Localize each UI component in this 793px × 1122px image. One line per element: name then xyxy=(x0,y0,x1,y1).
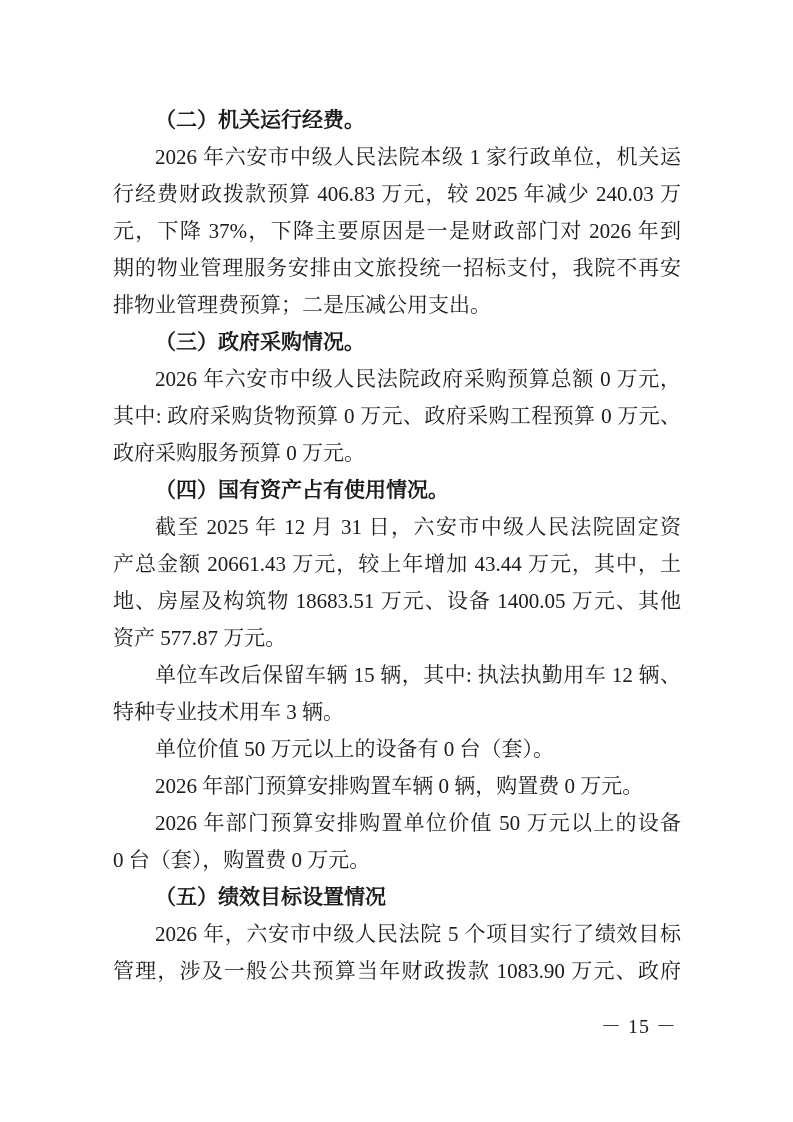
document-body: （二）机关运行经费。2026 年六安市中级人民法院本级 1 家行政单位，机关运行… xyxy=(113,102,681,990)
paragraph: 2026 年六安市中级人民法院政府采购预算总额 0 万元，其中: 政府采购货物预… xyxy=(113,361,681,472)
text-line: 特种专业技术用车 3 辆。 xyxy=(113,694,681,731)
paragraph: 2026 年，六安市中级人民法院 5 个项目实行了绩效目标管理，涉及一般公共预算… xyxy=(113,916,681,990)
paragraph: 2026 年部门预算安排购置车辆 0 辆，购置费 0 万元。 xyxy=(113,768,681,805)
text-line: 元，下降 37%，下降主要原因是一是财政部门对 2026 年到 xyxy=(113,213,681,250)
text-line: 期的物业管理服务安排由文旅投统一招标支付，我院不再安 xyxy=(113,250,681,287)
text-line: 2026 年，六安市中级人民法院 5 个项目实行了绩效目标 xyxy=(113,916,681,953)
section-heading: （四）国有资产占有使用情况。 xyxy=(113,472,681,509)
text-line: 0 台（套），购置费 0 万元。 xyxy=(113,842,681,879)
document-page: （二）机关运行经费。2026 年六安市中级人民法院本级 1 家行政单位，机关运行… xyxy=(0,0,793,1122)
section-heading: （二）机关运行经费。 xyxy=(113,102,681,139)
section-heading: （三）政府采购情况。 xyxy=(113,324,681,361)
text-line: 产总金额 20661.43 万元，较上年增加 43.44 万元，其中，土 xyxy=(113,546,681,583)
text-line: 2026 年六安市中级人民法院政府采购预算总额 0 万元， xyxy=(113,361,681,398)
text-line: 2026 年六安市中级人民法院本级 1 家行政单位，机关运 xyxy=(113,139,681,176)
text-line: 管理，涉及一般公共预算当年财政拨款 1083.90 万元、政府 xyxy=(113,953,681,990)
paragraph: 截至 2025 年 12 月 31 日，六安市中级人民法院固定资产总金额 206… xyxy=(113,509,681,657)
paragraph: 2026 年六安市中级人民法院本级 1 家行政单位，机关运行经费财政拨款预算 4… xyxy=(113,139,681,324)
text-line: 单位价值 50 万元以上的设备有 0 台（套）。 xyxy=(113,731,681,768)
text-line: 2026 年部门预算安排购置车辆 0 辆，购置费 0 万元。 xyxy=(113,768,681,805)
page-number: － 15 － xyxy=(113,1012,681,1042)
text-line: 行经费财政拨款预算 406.83 万元，较 2025 年减少 240.03 万 xyxy=(113,176,681,213)
text-line: 单位车改后保留车辆 15 辆，其中: 执法执勤用车 12 辆、 xyxy=(113,657,681,694)
paragraph: 2026 年部门预算安排购置单位价值 50 万元以上的设备0 台（套），购置费 … xyxy=(113,805,681,879)
text-line: 政府采购服务预算 0 万元。 xyxy=(113,435,681,472)
paragraph: 单位车改后保留车辆 15 辆，其中: 执法执勤用车 12 辆、特种专业技术用车 … xyxy=(113,657,681,731)
section-heading: （五）绩效目标设置情况 xyxy=(113,879,681,916)
text-line: 地、房屋及构筑物 18683.51 万元、设备 1400.05 万元、其他 xyxy=(113,583,681,620)
text-line: 排物业管理费预算；二是压减公用支出。 xyxy=(113,287,681,324)
text-line: 资产 577.87 万元。 xyxy=(113,620,681,657)
text-line: 2026 年部门预算安排购置单位价值 50 万元以上的设备 xyxy=(113,805,681,842)
text-line: 其中: 政府采购货物预算 0 万元、政府采购工程预算 0 万元、 xyxy=(113,398,681,435)
paragraph: 单位价值 50 万元以上的设备有 0 台（套）。 xyxy=(113,731,681,768)
text-line: 截至 2025 年 12 月 31 日，六安市中级人民法院固定资 xyxy=(113,509,681,546)
